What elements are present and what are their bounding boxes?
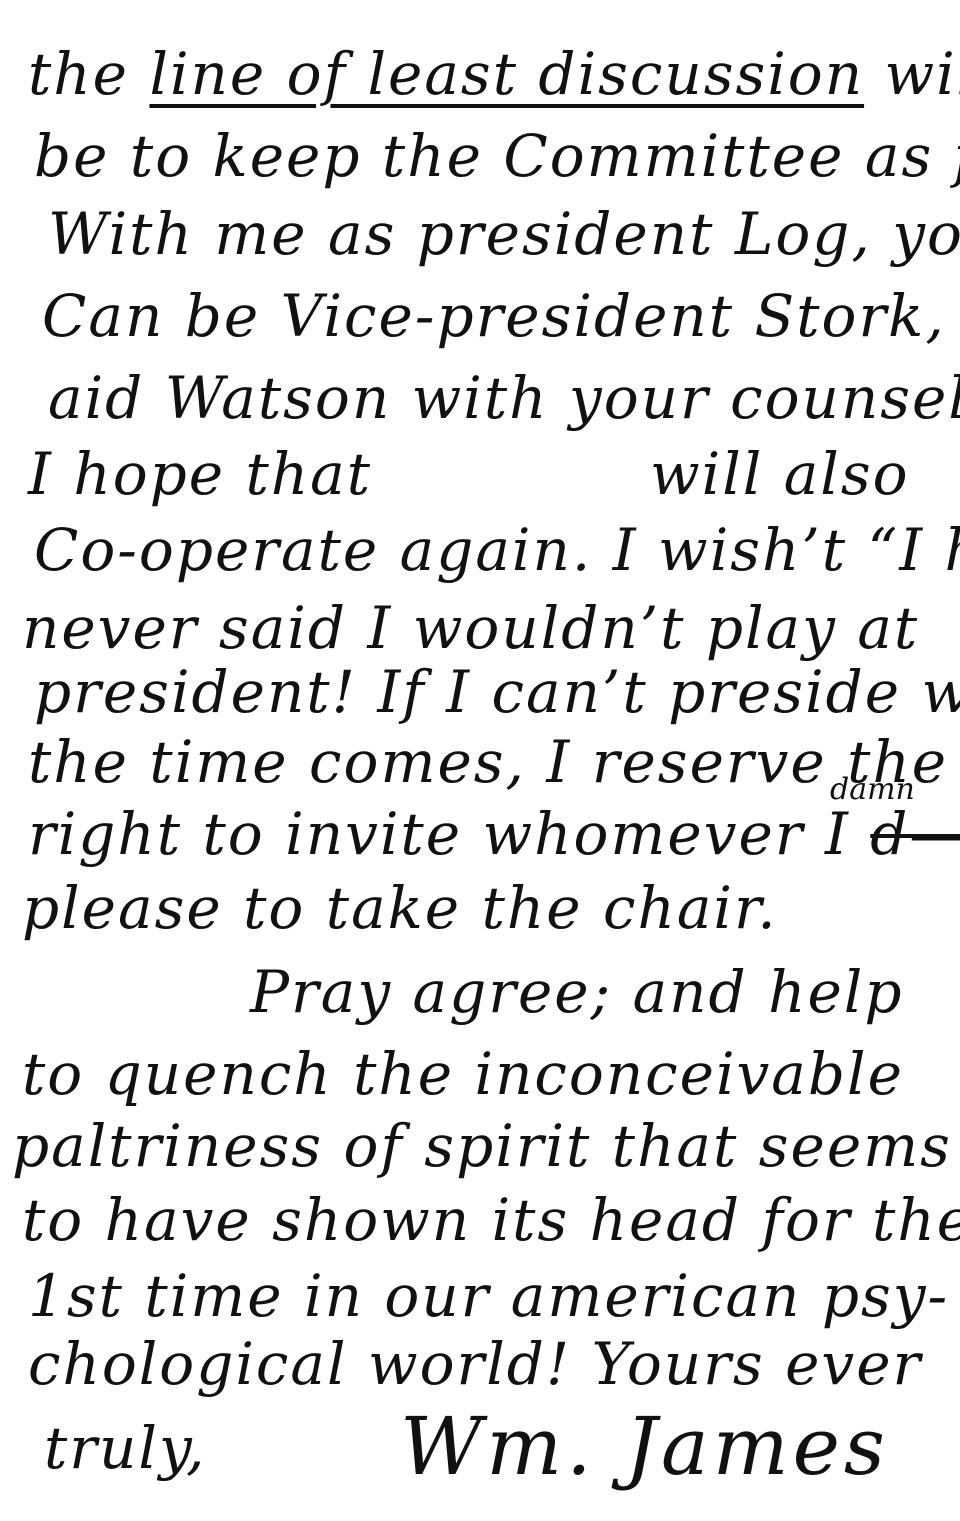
insertion-word: damn [830, 772, 915, 807]
letter-line-14: to quench the inconceivable [22, 1040, 904, 1108]
underlined-phrase: line of least discussion [149, 40, 864, 108]
letter-line-1: the line of least discussion will [28, 40, 960, 108]
letter-line-19: truly, [44, 1414, 206, 1482]
letter-line-6b: will also [650, 440, 910, 508]
letter-line-3: With me as president Log, you [48, 200, 960, 268]
text: the [28, 40, 149, 108]
letter-line-18: chological world! Yours ever [28, 1330, 922, 1398]
letter-line-5: aid Watson with your counsel; and [48, 364, 960, 432]
letter-line-16: to have shown its head for the [22, 1186, 960, 1254]
letter-line-10: the time comes, I reserve the [28, 728, 948, 796]
letter-line-12: please to take the chair. [22, 874, 778, 942]
signature: Wm. James [400, 1400, 889, 1493]
text: will [864, 40, 960, 108]
letter-line-6: I hope that [28, 440, 372, 508]
letter-line-7: Co-operate again. I wish’t “I had [34, 516, 960, 584]
letter-line-4: Can be Vice-president Stork, and [42, 282, 960, 350]
letter-line-13: Pray agree; and help [250, 958, 903, 1026]
letter-line-17: 1st time in our american psy- [28, 1262, 949, 1330]
struck-word: d—d [870, 800, 960, 868]
text: I hope that [28, 440, 372, 508]
letter-line-11: right to invite whomever I d—d [28, 800, 960, 868]
letter-line-9: president! If I can’t preside when [34, 658, 960, 726]
letter-line-8: never said I wouldn’t play at [22, 594, 919, 662]
text: right to invite whomever I [28, 800, 870, 868]
letter-line-15: paltriness of spirit that seems [12, 1112, 952, 1180]
letter-line-2: be to keep the Committee as fixed [34, 122, 960, 190]
letter-page: the line of least discussion will be to … [0, 0, 960, 1521]
